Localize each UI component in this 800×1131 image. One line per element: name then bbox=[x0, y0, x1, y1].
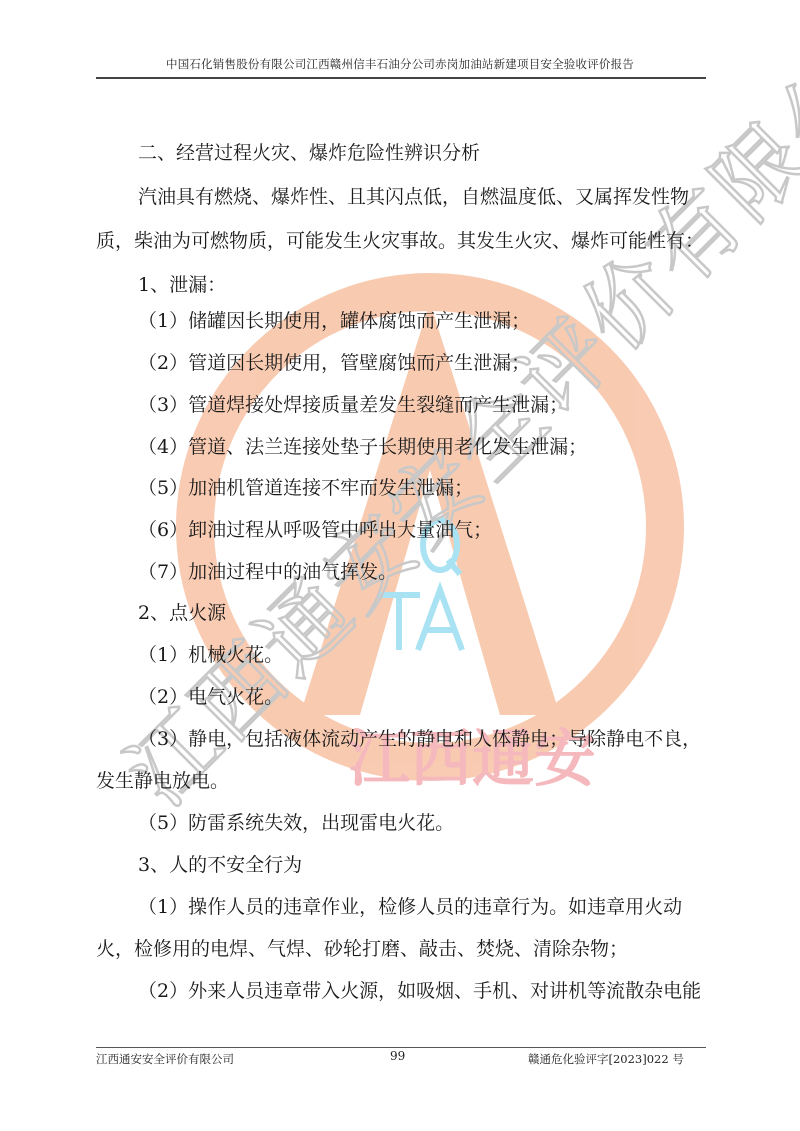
paragraph-line: 汽油具有燃烧、爆炸性、且其闪点低，自燃温度低、又属挥发性物 bbox=[138, 182, 689, 209]
list-item: （5）加油机管道连接不牢而发生泄漏； bbox=[138, 473, 473, 500]
document-number: 赣通危化验评字[2023]022 号 bbox=[528, 1051, 684, 1067]
watermark: 江西通安 江西通安安全评价有限公司 bbox=[0, 0, 800, 1131]
list-item: （3）静电，包括液体流动产生的静电和人体静电；导除静电不良， bbox=[138, 724, 701, 751]
document-page: 江西通安 江西通安安全评价有限公司 中国石化销售股份有限公司江西赣州信丰石油分公… bbox=[0, 0, 800, 1131]
list-item: （4）管道、法兰连接处垫子长期使用老化发生泄漏； bbox=[138, 432, 587, 459]
footer-company: 江西通安安全评价有限公司 bbox=[96, 1051, 234, 1067]
group-title: 2、点火源 bbox=[138, 598, 226, 625]
list-item: （2）外来人员违章带入火源，如吸烟、手机、对讲机等流散杂电能 bbox=[138, 976, 701, 1003]
section-heading: 二、经营过程火灾、爆炸危险性辨识分析 bbox=[138, 138, 480, 165]
page-number: 99 bbox=[390, 1049, 405, 1063]
list-item: （2）管道因长期使用，管壁腐蚀而产生泄漏； bbox=[138, 348, 530, 375]
list-item: （7）加油过程中的油气挥发。 bbox=[138, 557, 397, 584]
list-item-continuation: 火，检修用的电焊、气焊、砂轮打磨、敲击、焚烧、清除杂物； bbox=[96, 934, 628, 961]
list-item: （5）防雷系统失效，出现雷电火花。 bbox=[138, 808, 454, 835]
document-header-title: 中国石化销售股份有限公司江西赣州信丰石油分公司赤岗加油站新建项目安全验收评价报告 bbox=[96, 56, 704, 72]
list-item-continuation: 发生静电放电。 bbox=[96, 766, 229, 793]
list-item: （1）操作人员的违章作业，检修人员的违章行为。如违章用火动 bbox=[138, 892, 682, 919]
group-title: 1、泄漏： bbox=[138, 270, 226, 297]
list-item: （2）电气火花。 bbox=[138, 682, 283, 709]
group-title: 3、人的不安全行为 bbox=[138, 850, 302, 877]
footer-divider bbox=[96, 1047, 706, 1048]
list-item: （1）储罐因长期使用，罐体腐蚀而产生泄漏； bbox=[138, 306, 530, 333]
list-item: （3）管道焊接处焊接质量差发生裂缝而产生泄漏； bbox=[138, 390, 568, 417]
list-item: （6）卸油过程从呼吸管中呼出大量油气； bbox=[138, 515, 492, 542]
list-item: （1）机械火花。 bbox=[138, 640, 283, 667]
header-divider bbox=[96, 77, 706, 79]
paragraph-line: 质，柴油为可燃物质，可能发生火灾事故。其发生火灾、爆炸可能性有： bbox=[96, 226, 704, 253]
